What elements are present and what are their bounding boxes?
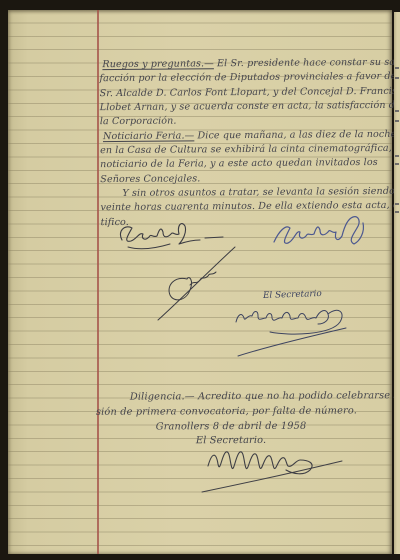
edge-text-fragment xyxy=(395,211,399,213)
acta-text-block: Ruegos y preguntas.— El Sr. presidente h… xyxy=(99,56,392,230)
edge-text-fragment xyxy=(395,203,399,205)
concejal-signature-blue xyxy=(270,210,372,254)
diligencia-signature xyxy=(196,438,348,496)
noticiario-heading: Noticiario Feria.— xyxy=(103,130,194,142)
diligencia-date-line: Granollers 8 de abril de 1958 xyxy=(96,419,396,435)
secretario-signature xyxy=(228,298,356,360)
diligencia-heading: Diligencia.— xyxy=(130,391,195,402)
diligencia-line-text: Acredito que no ha podido celebrarse se- xyxy=(195,390,400,402)
scanned-page: Ruegos y preguntas.— El Sr. presidente h… xyxy=(8,10,392,554)
edge-text-fragment xyxy=(395,120,399,122)
edge-text-fragment xyxy=(395,163,399,165)
acta-line: Llobet Arnan, y se acuerda conste en act… xyxy=(100,99,392,116)
diligencia-line: Diligencia.— Acredito que no ha podido c… xyxy=(96,389,396,405)
acta-line: noticiario de la Feria, y a este acto qu… xyxy=(100,156,392,173)
edge-text-fragment xyxy=(395,110,399,112)
acta-line-text: Dice que mañana, a las diez de la noche xyxy=(194,129,396,142)
red-margin-line xyxy=(97,10,99,554)
acta-line-text: El Sr. presidente hace constar su satis- xyxy=(214,57,400,70)
adjacent-page-edge xyxy=(394,12,400,554)
edge-text-fragment xyxy=(395,155,399,157)
edge-text-fragment xyxy=(395,67,399,69)
edge-text-fragment xyxy=(395,77,399,79)
diligencia-line: sión de primera convocatoria, por falta … xyxy=(96,404,396,420)
ruegos-heading: Ruegos y preguntas.— xyxy=(102,58,214,70)
